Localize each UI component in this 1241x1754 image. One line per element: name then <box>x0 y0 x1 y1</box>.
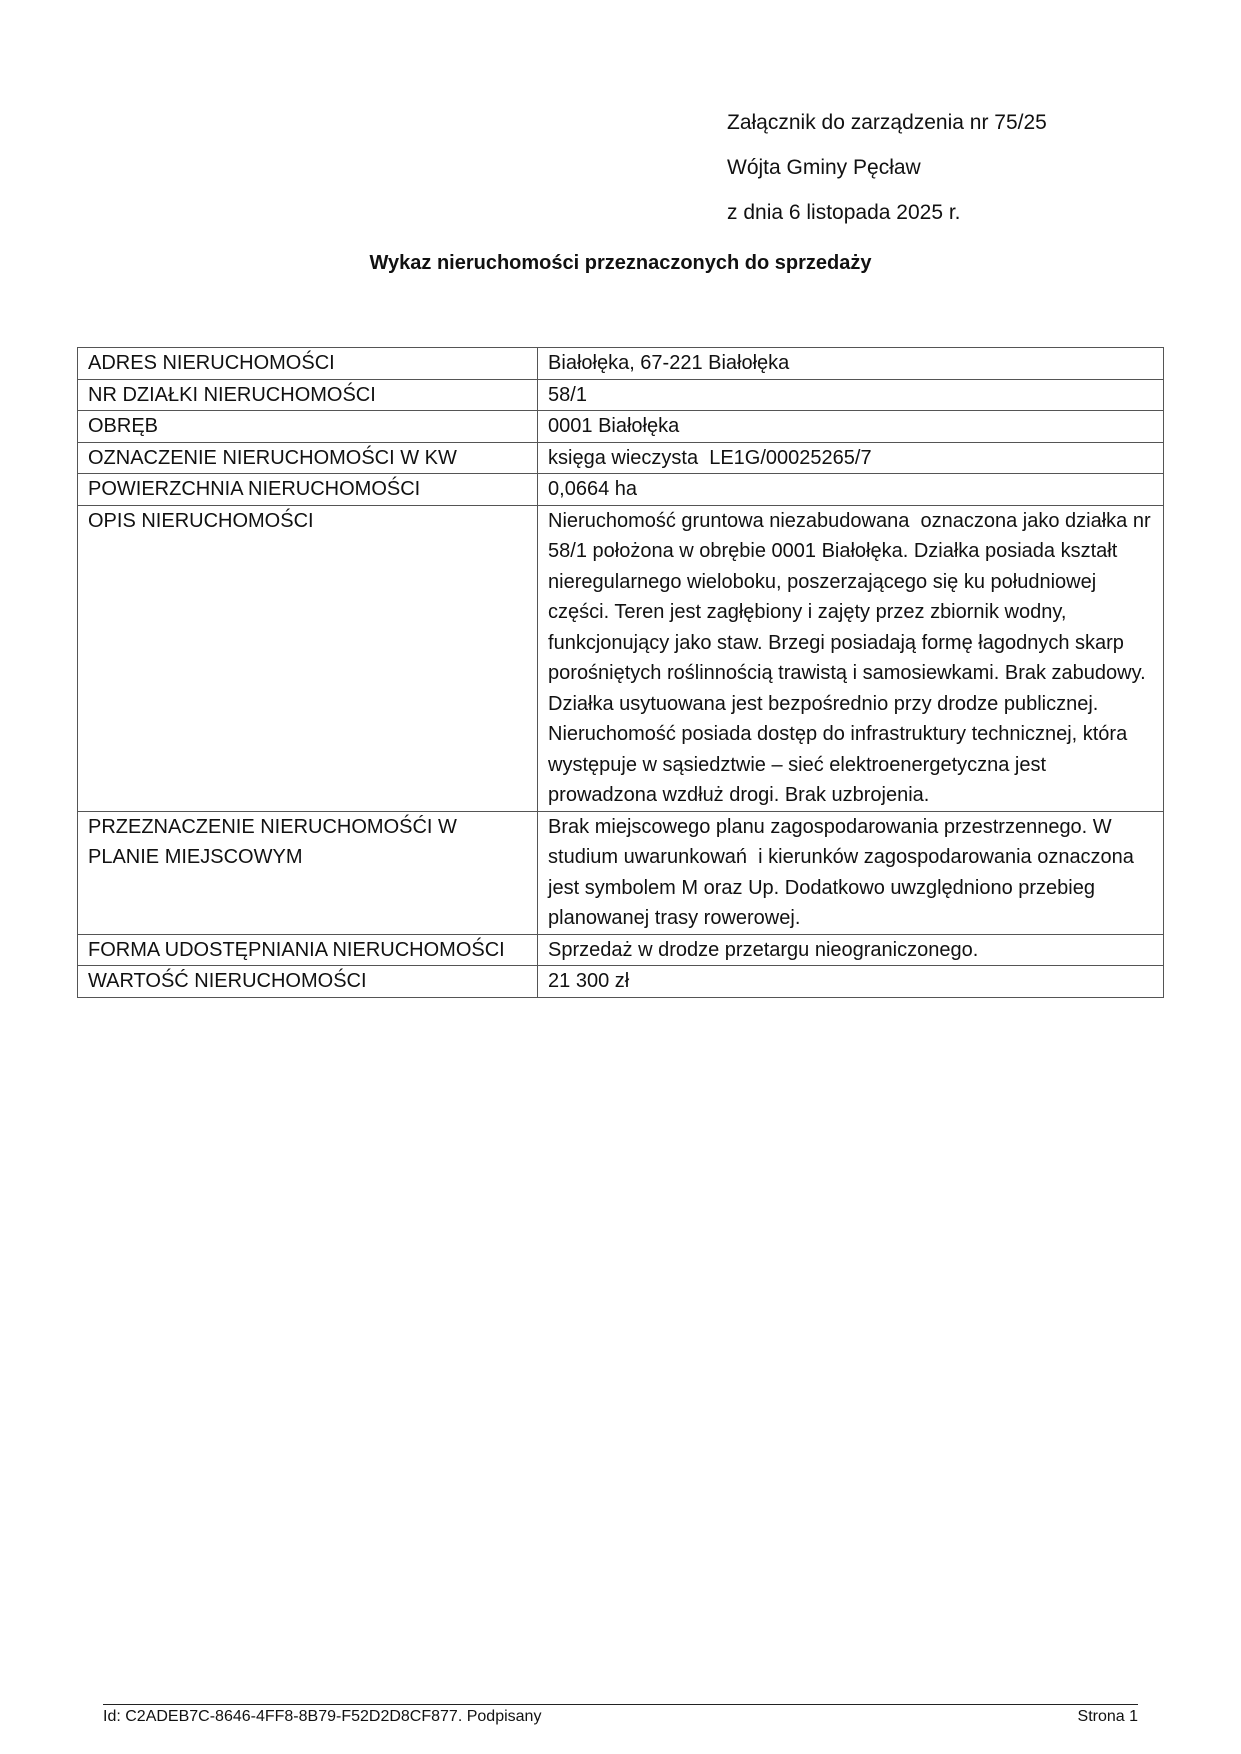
row-label: POWIERZCHNIA NIERUCHOMOŚCI <box>78 474 538 506</box>
attachment-line-2: Wójta Gminy Pęcław <box>727 145 1047 190</box>
page-number: Strona 1 <box>1078 1708 1138 1726</box>
row-value: księga wieczysta LE1G/00025265/7 <box>538 442 1164 474</box>
row-label: FORMA UDOSTĘPNIANIA NIERUCHOMOŚCI <box>78 934 538 966</box>
table-row: WARTOŚĆ NIERUCHOMOŚCI 21 300 zł <box>78 966 1164 998</box>
attachment-header: Załącznik do zarządzenia nr 75/25 Wójta … <box>727 100 1047 235</box>
document-title: Wykaz nieruchomości przeznaczonych do sp… <box>0 252 1241 275</box>
table-row: PRZEZNACZENIE NIERUCHOMOŚĆI W PLANIE MIE… <box>78 811 1164 934</box>
row-label: ADRES NIERUCHOMOŚCI <box>78 348 538 380</box>
row-value: Nieruchomość gruntowa niezabudowana ozna… <box>538 505 1164 811</box>
row-label-text: OPIS NIERUCHOMOŚCI <box>88 506 527 537</box>
table-row: NR DZIAŁKI NIERUCHOMOŚCI 58/1 <box>78 379 1164 411</box>
table-row: OZNACZENIE NIERUCHOMOŚCI W KW księga wie… <box>78 442 1164 474</box>
row-value: 0,0664 ha <box>538 474 1164 506</box>
row-label-text: ADRES NIERUCHOMOŚCI <box>88 348 527 379</box>
table-row: OPIS NIERUCHOMOŚCI Nieruchomość gruntowa… <box>78 505 1164 811</box>
attachment-line-3: z dnia 6 listopada 2025 r. <box>727 190 1047 235</box>
row-label-text: OBRĘB <box>88 411 527 442</box>
row-label-text: PLANIE MIEJSCOWYM <box>88 842 527 873</box>
table-row: OBRĘB 0001 Białołęka <box>78 411 1164 443</box>
row-label: NR DZIAŁKI NIERUCHOMOŚCI <box>78 379 538 411</box>
row-value: 0001 Białołęka <box>538 411 1164 443</box>
row-label: WARTOŚĆ NIERUCHOMOŚCI <box>78 966 538 998</box>
row-value: Białołęka, 67-221 Białołęka <box>538 348 1164 380</box>
row-label-text: OZNACZENIE NIERUCHOMOŚCI W KW <box>88 443 527 474</box>
table-row: POWIERZCHNIA NIERUCHOMOŚCI 0,0664 ha <box>78 474 1164 506</box>
row-label: PRZEZNACZENIE NIERUCHOMOŚĆI W PLANIE MIE… <box>78 811 538 934</box>
row-value: Brak miejscowego planu zagospodarowania … <box>538 811 1164 934</box>
footer-divider <box>103 1704 1138 1705</box>
row-value: Sprzedaż w drodze przetargu nieograniczo… <box>538 934 1164 966</box>
row-label: OBRĘB <box>78 411 538 443</box>
property-table: ADRES NIERUCHOMOŚCI Białołęka, 67-221 Bi… <box>77 347 1164 998</box>
document-id: Id: C2ADEB7C-8646-4FF8-8B79-F52D2D8CF877… <box>103 1708 541 1726</box>
row-label-text: WARTOŚĆ NIERUCHOMOŚCI <box>88 966 527 997</box>
row-label-text: FORMA UDOSTĘPNIANIA NIERUCHOMOŚCI <box>88 935 527 966</box>
row-label: OZNACZENIE NIERUCHOMOŚCI W KW <box>78 442 538 474</box>
attachment-line-1: Załącznik do zarządzenia nr 75/25 <box>727 100 1047 145</box>
row-value: 58/1 <box>538 379 1164 411</box>
row-label-text: PRZEZNACZENIE NIERUCHOMOŚĆI W <box>88 812 527 843</box>
row-label-text: POWIERZCHNIA NIERUCHOMOŚCI <box>88 474 527 505</box>
row-label-text: NR DZIAŁKI NIERUCHOMOŚCI <box>88 380 527 411</box>
table-row: FORMA UDOSTĘPNIANIA NIERUCHOMOŚCI Sprzed… <box>78 934 1164 966</box>
row-value: 21 300 zł <box>538 966 1164 998</box>
row-label: OPIS NIERUCHOMOŚCI <box>78 505 538 811</box>
table-row: ADRES NIERUCHOMOŚCI Białołęka, 67-221 Bi… <box>78 348 1164 380</box>
